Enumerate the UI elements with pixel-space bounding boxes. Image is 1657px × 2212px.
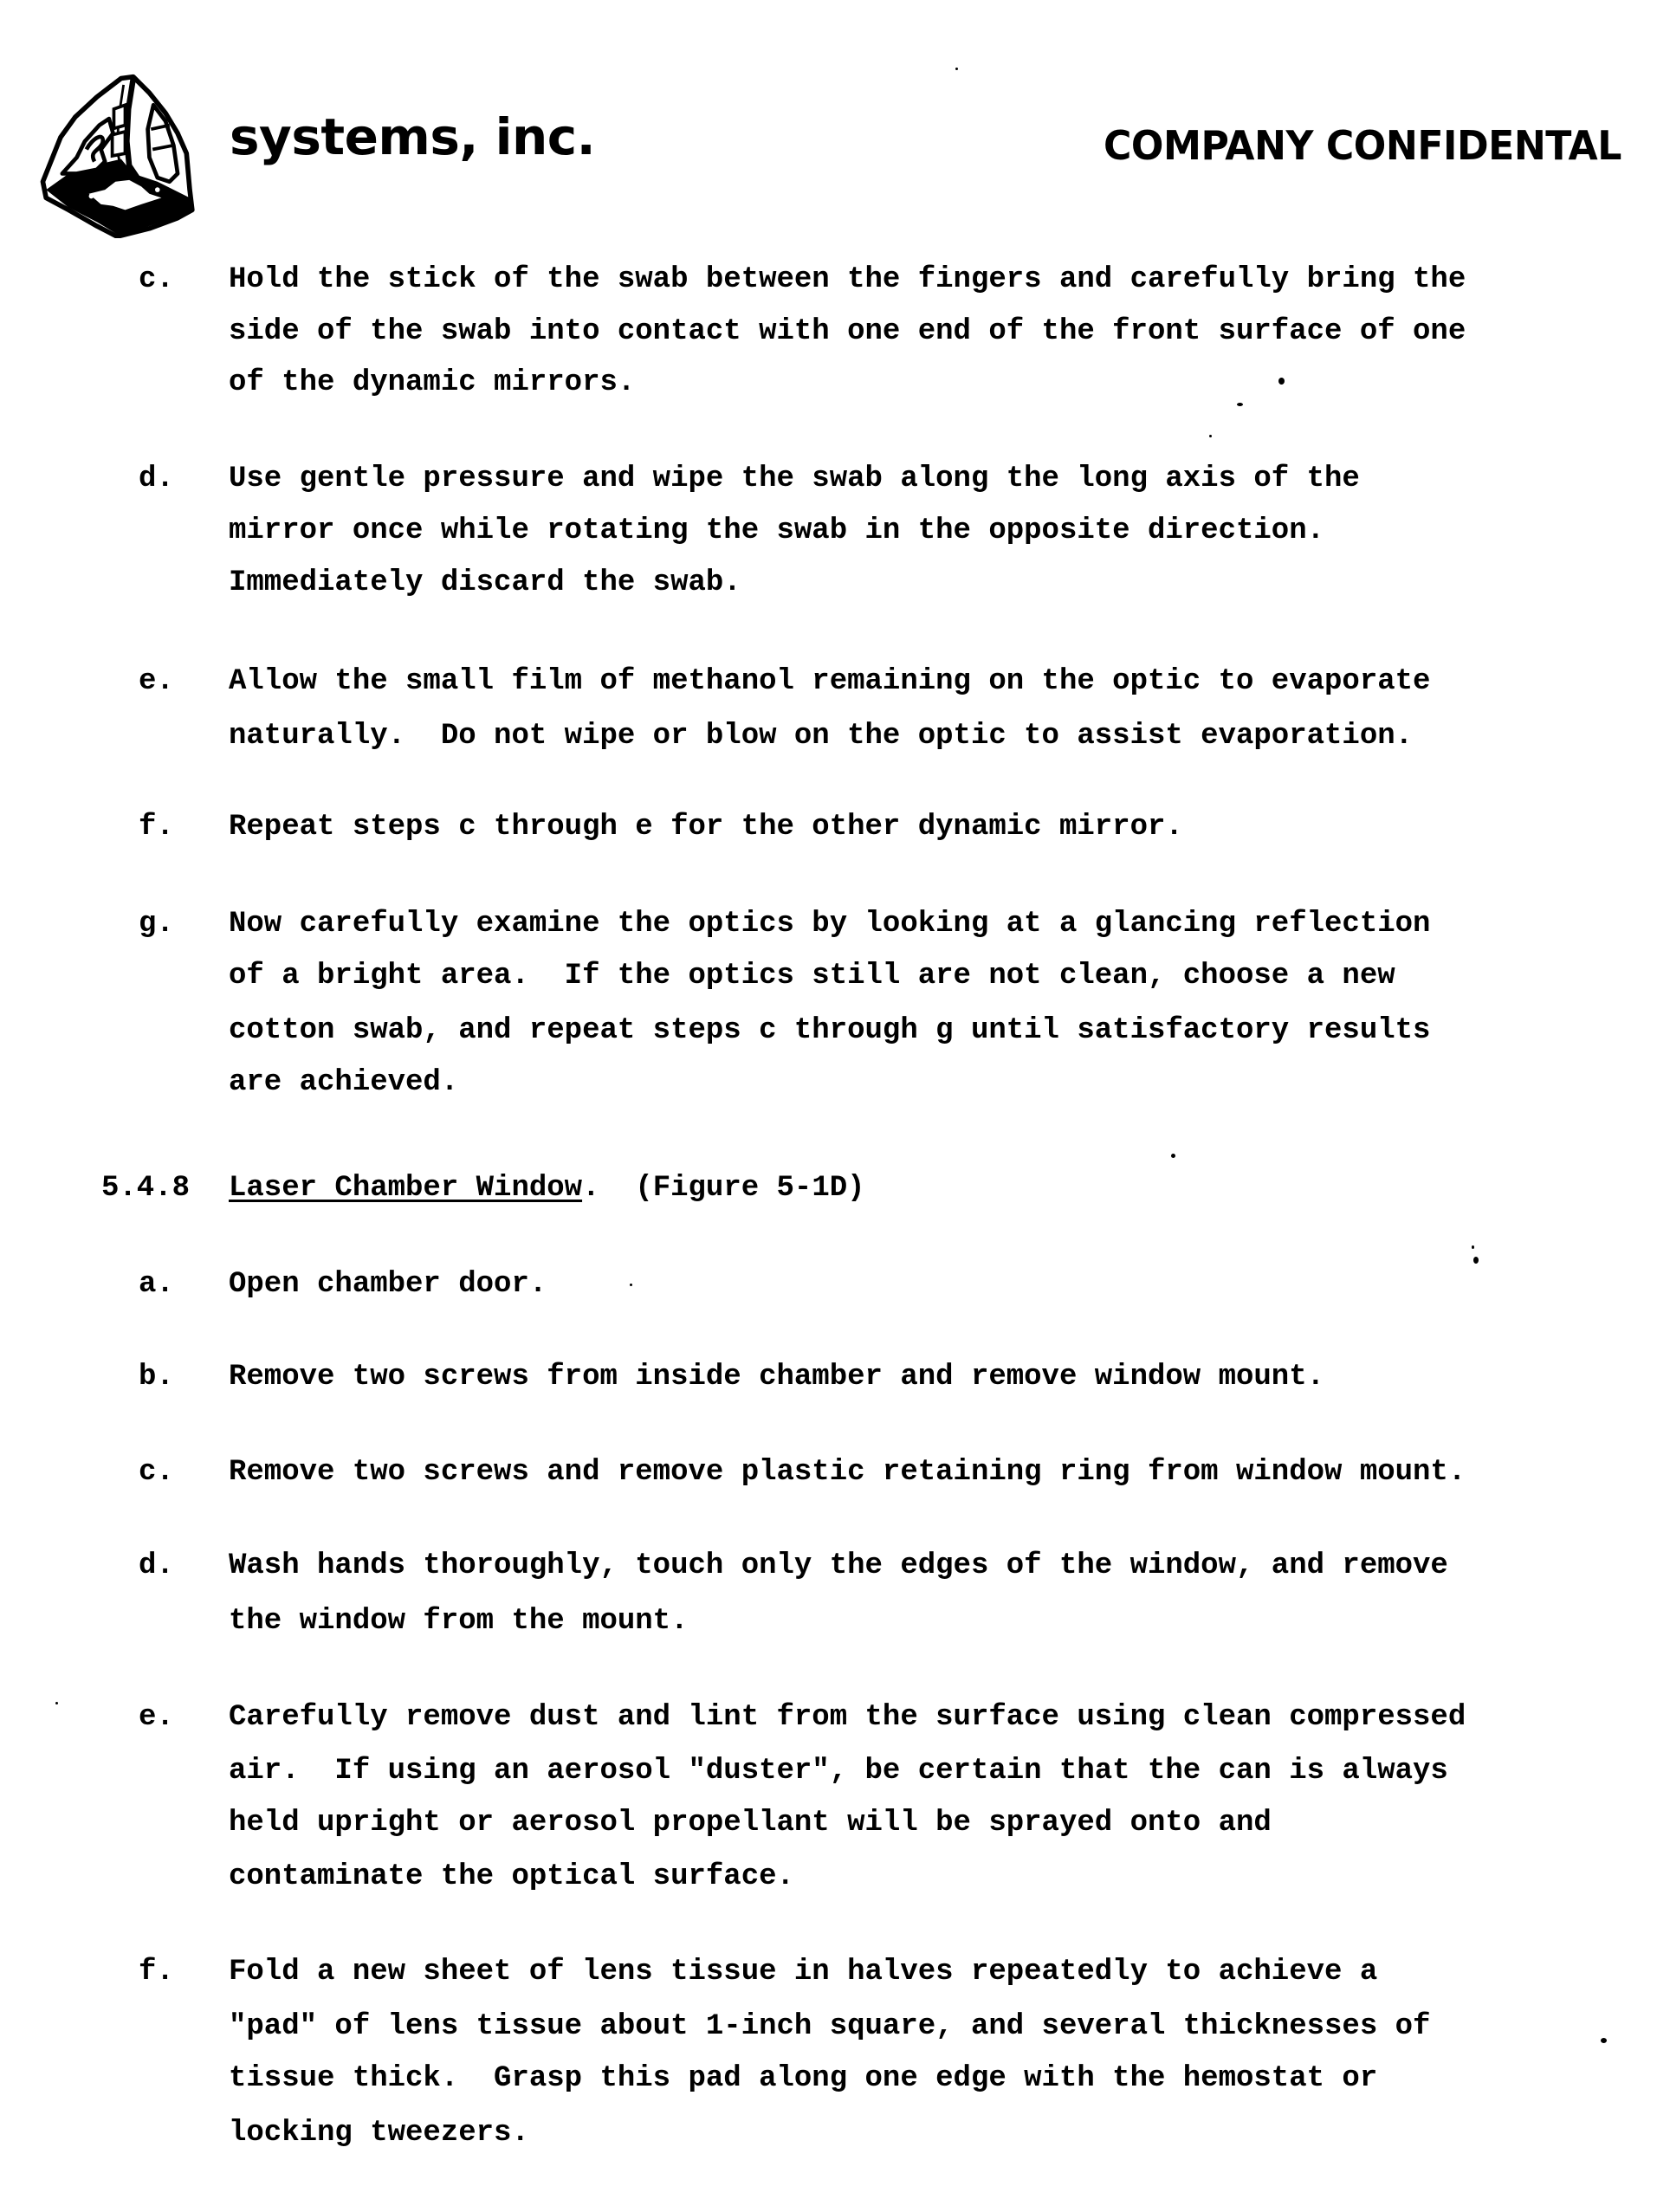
step-label: d. (139, 1551, 174, 1581)
scan-speck (1473, 1257, 1479, 1264)
step-text-line: naturally. Do not wipe or blow on the op… (229, 721, 1413, 751)
scan-speck (955, 68, 958, 70)
scan-speck (1472, 1245, 1474, 1249)
step-label: c. (139, 265, 174, 294)
company-name: systems, inc. (230, 102, 595, 171)
figure-reference: (Figure 5-1D) (635, 1172, 864, 1205)
step-text-line: Use gentle pressure and wipe the swab al… (229, 464, 1360, 494)
step-text-line: Repeat steps c through e for the other d… (229, 812, 1183, 842)
step-text-line: contaminate the optical surface. (229, 1862, 794, 1892)
scan-speck (55, 1702, 58, 1704)
step-text-line: locking tweezers. (229, 2118, 529, 2148)
step-text-line: cotton swab, and repeat steps c through … (229, 1016, 1430, 1045)
scan-speck (1601, 2038, 1607, 2043)
step-text-line: side of the swab into contact with one e… (229, 317, 1466, 346)
step-text-line: Carefully remove dust and lint from the … (229, 1703, 1466, 1732)
step-label: f. (139, 812, 174, 842)
step-text-line: mirror once while rotating the swab in t… (229, 516, 1324, 546)
step-text-line: are achieved. (229, 1068, 458, 1097)
company-cube-logo-icon (28, 61, 223, 238)
section-number: 5.4.8 (101, 1174, 190, 1203)
section-title-suffix: . (582, 1172, 599, 1205)
step-label: d. (139, 464, 174, 494)
step-label: f. (139, 1957, 174, 1987)
step-label: e. (139, 667, 174, 696)
step-text-line: Remove two screws from inside chamber an… (229, 1362, 1324, 1392)
step-label: c. (139, 1458, 174, 1487)
document-page: systems, inc. COMPANY CONFIDENTAL c. Hol… (0, 0, 1657, 2212)
step-text-line: Now carefully examine the optics by look… (229, 909, 1430, 939)
scan-speck (630, 1284, 632, 1286)
step-text-line: Fold a new sheet of lens tissue in halve… (229, 1957, 1377, 1987)
section-title: Laser Chamber Window (229, 1172, 582, 1205)
scan-speck (1209, 435, 1212, 437)
step-label: g. (139, 909, 174, 939)
step-text-line: air. If using an aerosol "duster", be ce… (229, 1756, 1448, 1786)
section-title-row: Laser Chamber Window. (Figure 5-1D) (229, 1174, 865, 1203)
step-text-line: Allow the small film of methanol remaini… (229, 667, 1430, 696)
confidentiality-label: COMPANY CONFIDENTAL (1104, 121, 1621, 170)
step-text-line: held upright or aerosol propellant will … (229, 1808, 1272, 1838)
step-text-line: Open chamber door. (229, 1270, 547, 1299)
step-text-line: "pad" of lens tissue about 1-inch square… (229, 2012, 1430, 2041)
step-text-line: of the dynamic mirrors. (229, 368, 635, 398)
step-text-line: Immediately discard the swab. (229, 568, 741, 598)
scan-speck (1237, 403, 1243, 406)
step-text-line: Remove two screws and remove plastic ret… (229, 1458, 1466, 1487)
step-text-line: tissue thick. Grasp this pad along one e… (229, 2064, 1377, 2093)
step-label: b. (139, 1362, 174, 1392)
step-text-line: of a bright area. If the optics still ar… (229, 961, 1395, 991)
step-text-line: the window from the mount. (229, 1607, 689, 1636)
scan-speck (1171, 1154, 1175, 1158)
step-label: e. (139, 1703, 174, 1732)
step-text-line: Hold the stick of the swab between the f… (229, 265, 1466, 294)
step-label: a. (139, 1270, 174, 1299)
scan-speck (1278, 378, 1285, 385)
step-text-line: Wash hands thoroughly, touch only the ed… (229, 1551, 1448, 1581)
